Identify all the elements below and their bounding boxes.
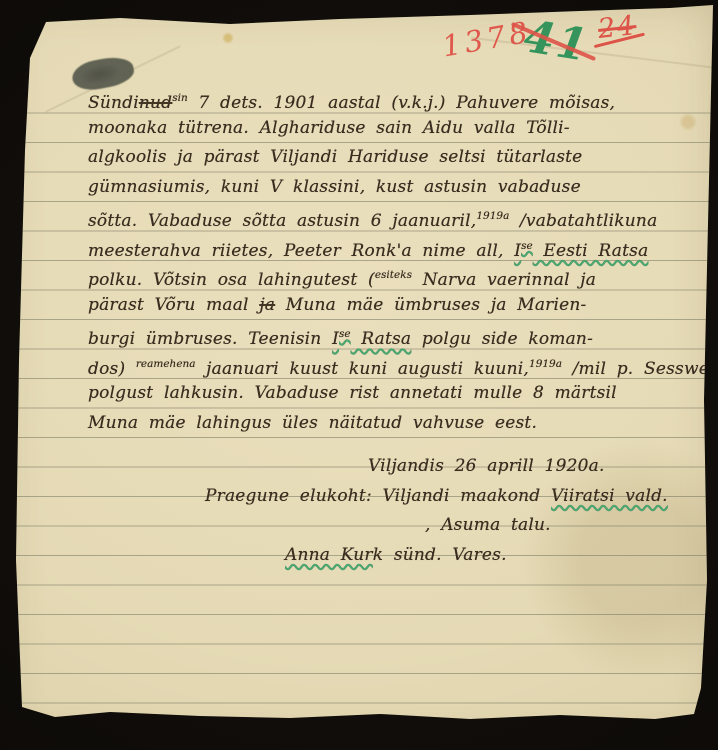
handwritten-line: polku. Võtsin osa lahingutest (esiteks N… [88, 261, 712, 291]
scan-background: 1378 41 24 Sündinudsin 7 dets. 1901 aast… [0, 0, 718, 750]
handwritten-line: moonaka tütrena. Alghariduse sain Aidu v… [88, 114, 712, 144]
text-segment: sin [172, 92, 188, 104]
archive-number-red: 1378 [440, 14, 534, 63]
text-segment: Sündi [88, 93, 139, 113]
text-segment: /vabatahtlikuna [509, 211, 657, 231]
handwritten-line: Muna mäe lahingus üles näitatud vahvuse … [88, 409, 712, 439]
text-segment: Viljandis 26 aprill 1920a. [368, 456, 605, 476]
text-segment: sõtta. Vabaduse sõtta astusin 6 jaanuari… [88, 211, 476, 231]
text-segment: polku. Võtsin osa lahingutest ( [88, 270, 375, 290]
text-segment: dos) [88, 359, 136, 379]
text-segment: ja [259, 295, 275, 315]
signature-line: Anna Kurk sünd. Vares. [285, 541, 712, 571]
letter-body: Sündinudsin 7 dets. 1901 aastal (v.k.j.)… [88, 84, 712, 438]
archive-number-green-crossed: 41 [520, 11, 592, 72]
text-segment: meesterahva riietes, Peeter Ronk'a nime … [88, 241, 514, 261]
text-segment: Eesti Ratsa [533, 241, 649, 261]
text-segment: Viiratsi vald. [551, 486, 668, 506]
text-segment: moonaka tütrena. Alghariduse sain Aidu v… [88, 118, 570, 138]
text-segment: Muna mäe lahingus üles näitatud vahvuse … [88, 413, 537, 433]
text-segment: jaanuari kuust kuni augusti kuuni, [196, 359, 529, 379]
archive-number-red-crossed: 24 [596, 10, 637, 45]
handwritten-line: gümnasiumis, kuni V klassini, kust astus… [88, 173, 712, 203]
handwritten-line: polgust lahkusin. Vabaduse rist annetati… [88, 379, 712, 409]
letter-closing: Viljandis 26 aprill 1920a.Praegune eluko… [88, 452, 712, 570]
text-segment: , Asuma talu. [425, 515, 551, 535]
text-segment: burgi ümbruses. Teenisin [88, 329, 332, 349]
text-segment: algkoolis ja pärast Viljandi Hariduse se… [88, 147, 582, 167]
text-segment: pärast Võru maal [88, 295, 259, 315]
text-segment: se [339, 328, 351, 340]
handwritten-line: sõtta. Vabaduse sõtta astusin 6 jaanuari… [88, 202, 712, 232]
text-segment: Anna Kur [285, 545, 373, 565]
text-segment: polgust lahkusin. Vabaduse rist annetati… [88, 383, 617, 403]
text-segment: I [332, 329, 339, 349]
text-segment: 1919a [529, 358, 562, 370]
text-segment: esiteks [375, 269, 412, 281]
text-segment: polgu side koman- [411, 329, 593, 349]
text-segment: k sünd. Vares. [373, 545, 507, 565]
handwritten-line: meesterahva riietes, Peeter Ronk'a nime … [88, 232, 712, 262]
farm-line: , Asuma talu. [425, 511, 712, 541]
handwritten-line: algkoolis ja pärast Viljandi Hariduse se… [88, 143, 712, 173]
text-segment: nud [139, 93, 172, 113]
text-segment: Ratsa [351, 329, 412, 349]
text-segment: se [521, 240, 533, 252]
paper-sheet: 1378 41 24 Sündinudsin 7 dets. 1901 aast… [0, 0, 718, 750]
date-line: Viljandis 26 aprill 1920a. [368, 452, 712, 482]
text-segment: reamehena [136, 358, 196, 370]
text-segment: 7 dets. 1901 aastal (v.k.j.) Pahuvere mõ… [188, 93, 615, 113]
text-segment: Praegune elukoht: Viljandi maakond [205, 486, 551, 506]
text-segment: Narva vaerinnal ja [412, 270, 596, 290]
residence-line: Praegune elukoht: Viljandi maakond Viira… [205, 482, 712, 512]
text-segment: /mil p. Sesswegenis [562, 359, 718, 379]
text-segment: 1919a [476, 210, 509, 222]
text-segment: Muna mäe ümbruses ja Marien- [275, 295, 586, 315]
handwritten-line: burgi ümbruses. Teenisin Ise Ratsa polgu… [88, 320, 712, 350]
handwritten-line: pärast Võru maal ja Muna mäe ümbruses ja… [88, 291, 712, 321]
text-segment: gümnasiumis, kuni V klassini, kust astus… [88, 177, 581, 197]
handwritten-line: dos) reamehena jaanuari kuust kuni augus… [88, 350, 712, 380]
letter-text: Sündinudsin 7 dets. 1901 aastal (v.k.j.)… [0, 84, 712, 570]
handwritten-line: Sündinudsin 7 dets. 1901 aastal (v.k.j.)… [88, 84, 712, 114]
